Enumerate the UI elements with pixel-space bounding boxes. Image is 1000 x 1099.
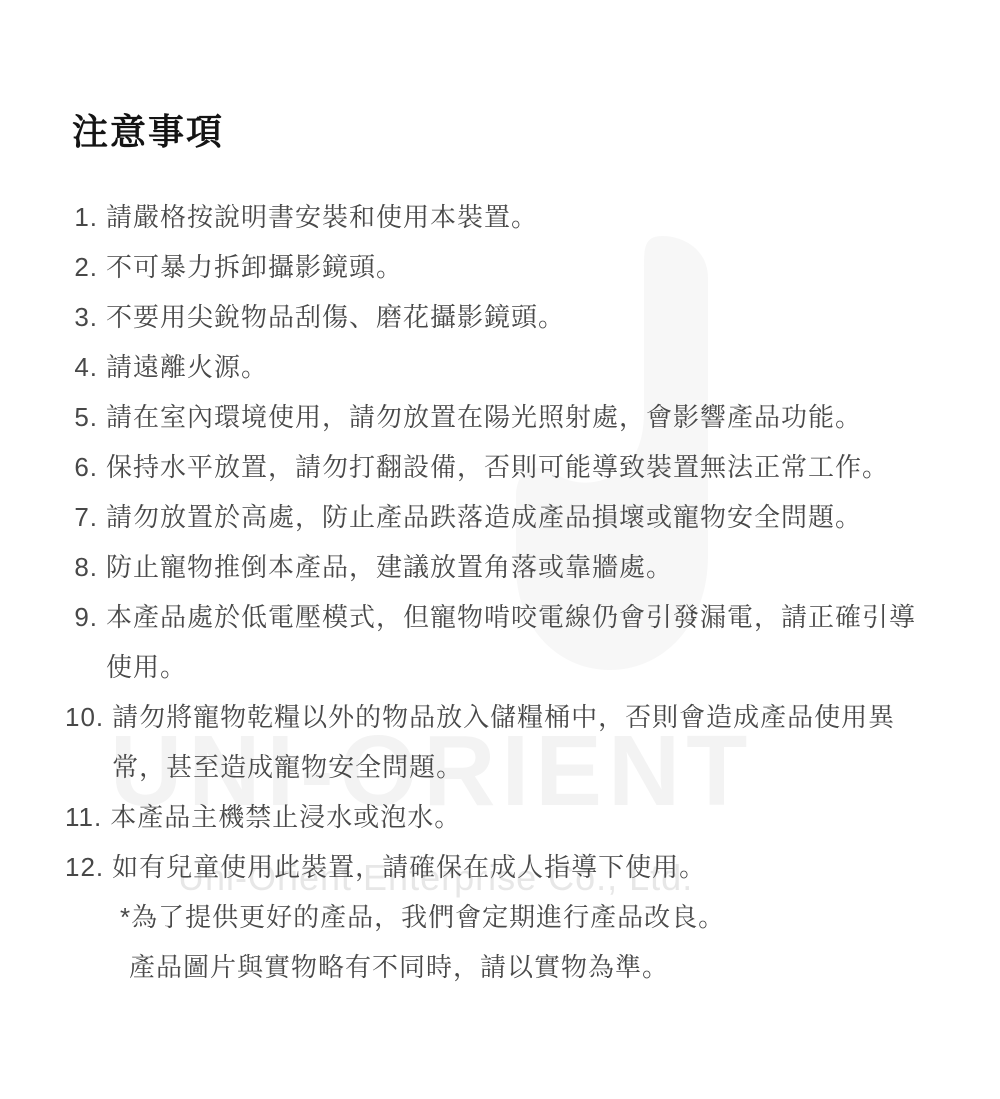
- list-item: 8.防止寵物推倒本產品，建議放置角落或靠牆處。: [65, 542, 980, 592]
- list-item: 5.請在室內環境使用，請勿放置在陽光照射處，會影響產品功能。: [65, 392, 980, 442]
- list-item: 11.本產品主機禁止浸水或泡水。: [65, 792, 980, 842]
- item-number: 12.: [65, 842, 104, 892]
- item-number: 5.: [65, 392, 98, 442]
- item-number: 1.: [65, 192, 98, 242]
- item-number: 10.: [65, 692, 104, 742]
- item-text: 不可暴力拆卸攝影鏡頭。: [106, 242, 403, 292]
- footnote: 產品圖片與實物略有不同時，請以實物為準。: [65, 942, 980, 992]
- item-text: 請在室內環境使用，請勿放置在陽光照射處，會影響產品功能。: [106, 392, 862, 442]
- list-item: 7.請勿放置於高處，防止產品跌落造成產品損壞或寵物安全問題。: [65, 492, 980, 542]
- notes-list: 1.請嚴格按說明書安裝和使用本裝置。2.不可暴力拆卸攝影鏡頭。3.不要用尖銳物品…: [65, 192, 980, 992]
- item-text: 請勿放置於高處，防止產品跌落造成產品損壞或寵物安全問題。: [106, 492, 862, 542]
- item-text: 本產品主機禁止浸水或泡水。: [110, 792, 461, 842]
- list-item: 3.不要用尖銳物品刮傷、磨花攝影鏡頭。: [65, 292, 980, 342]
- item-number: 9.: [65, 592, 98, 642]
- item-text: 請嚴格按說明書安裝和使用本裝置。: [106, 192, 538, 242]
- footnote: *為了提供更好的產品，我們會定期進行產品改良。: [65, 892, 980, 942]
- list-item: 10.請勿將寵物乾糧以外的物品放入儲糧桶中，否則會造成產品使用異常，甚至造成寵物…: [65, 692, 980, 792]
- item-text: 不要用尖銳物品刮傷、磨花攝影鏡頭。: [106, 292, 565, 342]
- item-text: 本產品處於低電壓模式，但寵物啃咬電線仍會引發漏電，請正確引導使用。: [106, 592, 916, 692]
- page-title: 注意事項: [72, 110, 224, 153]
- list-item: 4.請遠離火源。: [65, 342, 980, 392]
- precautions-page: 注意事項 1.請嚴格按說明書安裝和使用本裝置。2.不可暴力拆卸攝影鏡頭。3.不要…: [0, 0, 1000, 1099]
- item-number: 4.: [65, 342, 98, 392]
- item-number: 8.: [65, 542, 98, 592]
- item-number: 6.: [65, 442, 98, 492]
- item-number: 3.: [65, 292, 98, 342]
- item-text: 請勿將寵物乾糧以外的物品放入儲糧桶中，否則會造成產品使用異常，甚至造成寵物安全問…: [112, 692, 895, 792]
- item-number: 7.: [65, 492, 98, 542]
- item-number: 11.: [65, 792, 102, 842]
- list-item: 2.不可暴力拆卸攝影鏡頭。: [65, 242, 980, 292]
- list-item: 9.本產品處於低電壓模式，但寵物啃咬電線仍會引發漏電，請正確引導使用。: [65, 592, 980, 692]
- item-text: 防止寵物推倒本產品，建議放置角落或靠牆處。: [106, 542, 673, 592]
- list-item: 12.如有兒童使用此裝置，請確保在成人指導下使用。: [65, 842, 980, 892]
- item-text: 如有兒童使用此裝置，請確保在成人指導下使用。: [112, 842, 706, 892]
- item-number: 2.: [65, 242, 98, 292]
- item-text: 保持水平放置，請勿打翻設備，否則可能導致裝置無法正常工作。: [106, 442, 889, 492]
- item-text: 請遠離火源。: [106, 342, 268, 392]
- list-item: 6.保持水平放置，請勿打翻設備，否則可能導致裝置無法正常工作。: [65, 442, 980, 492]
- list-item: 1.請嚴格按說明書安裝和使用本裝置。: [65, 192, 980, 242]
